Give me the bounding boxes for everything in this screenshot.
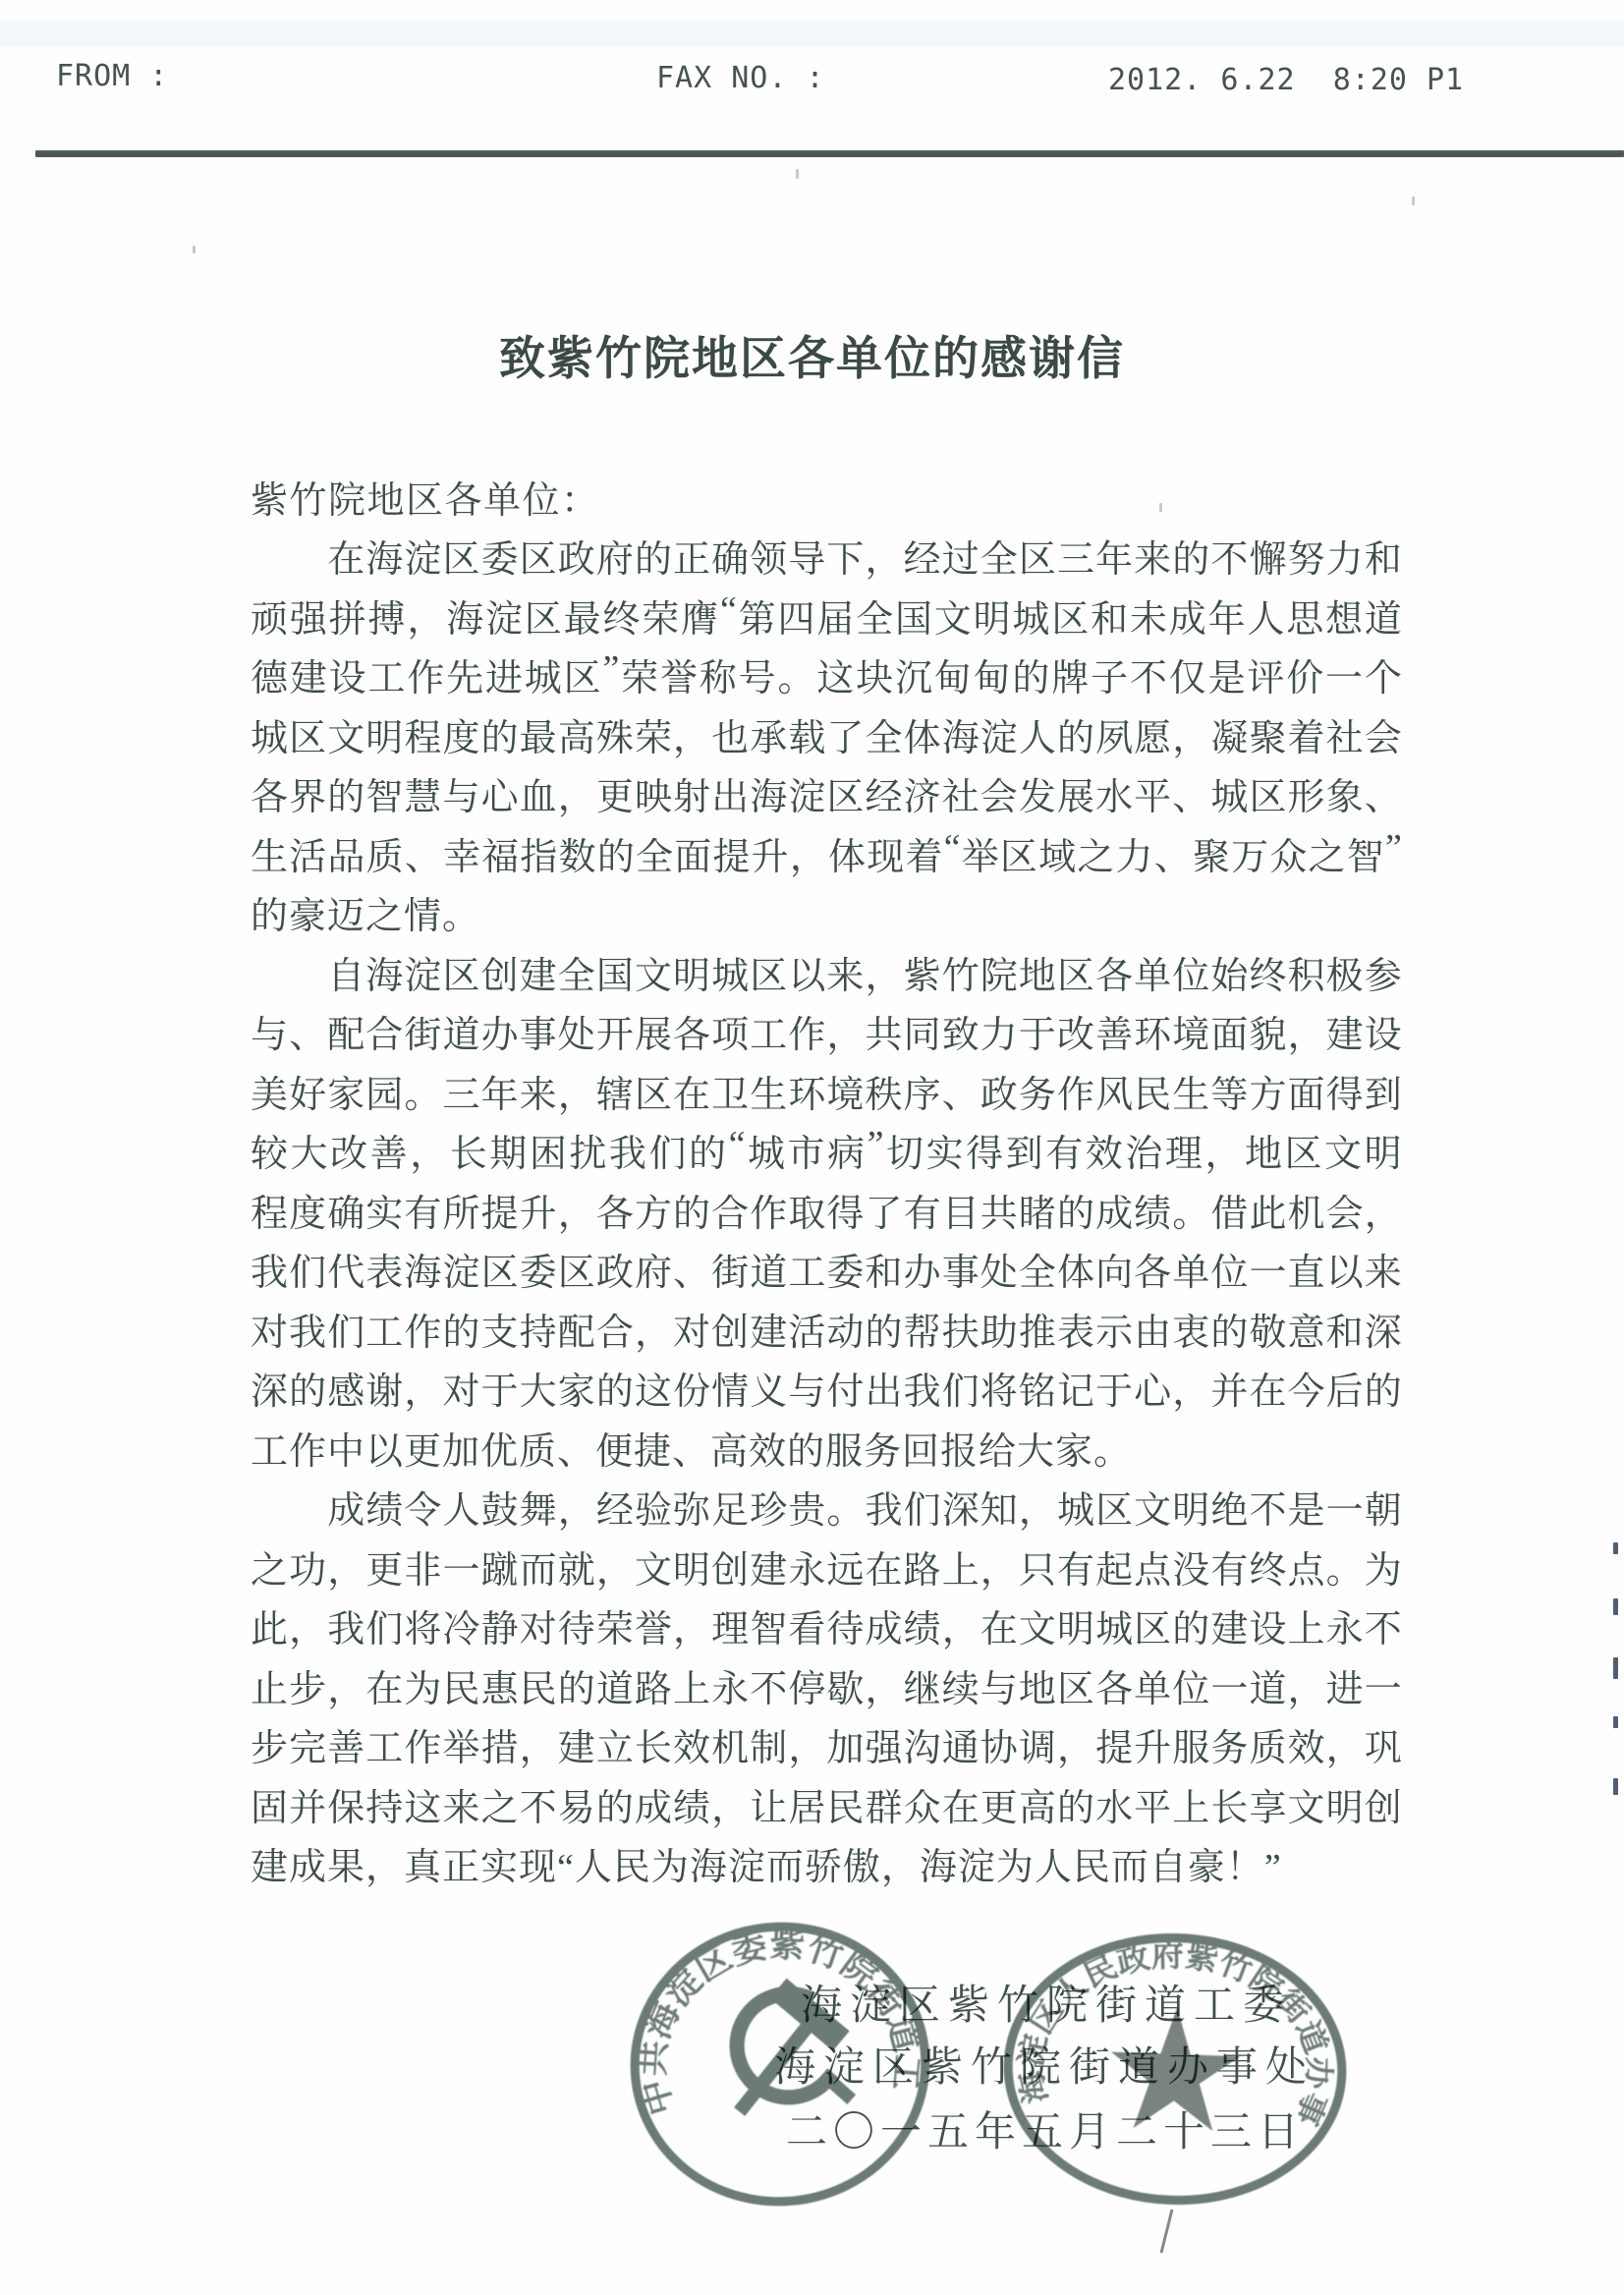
body-line: 各界的智慧与心血，更映射出海淀区经济社会发展水平、城区形象、 (251, 766, 1402, 826)
body-line: 的豪迈之情。 (251, 885, 1402, 945)
scan-speck (331, 491, 334, 502)
edge-mark (1613, 1778, 1618, 1795)
body-line: 步完善工作举措，建立长效机制，加强沟通协调，提升服务质效，巩 (251, 1717, 1402, 1777)
letter-title: 致紫竹院地区各单位的感谢信 (0, 322, 1624, 388)
fax-from-label: FROM : (56, 59, 168, 93)
body-line: 生活品质、幸福指数的全面提升，体现着“举区域之力、聚万众之智” (251, 826, 1402, 886)
body-line: 固并保持这来之不易的成绩，让居民群众在更高的水平上长享文明创 (251, 1777, 1402, 1837)
fax-timestamp: 2012. 6.22 8:20 (1108, 63, 1408, 97)
fax-document-page: FROM : FAX NO. : 2012. 6.22 8:20 P1 致紫竹院… (0, 0, 1624, 2295)
body-line: 深的感谢，对于大家的这份情义与付出我们将铭记于心，并在今后的 (251, 1361, 1402, 1421)
body-line: 之功，更非一蹴而就，文明创建永远在路上，只有起点没有终点。为 (251, 1539, 1402, 1599)
fax-number-label: FAX NO. : (656, 61, 825, 95)
body-line: 建成果，真正实现“人民为海淀而骄傲，海淀为人民而自豪！” (251, 1836, 1402, 1896)
scan-speck (193, 246, 196, 253)
body-line: 顽强拼搏，海淀区最终荣膺“第四届全国文明城区和未成年人思想道 (251, 588, 1402, 648)
edge-mark (1613, 1542, 1618, 1554)
body-line: 我们代表海淀区委区政府、街道工委和办事处全体向各单位一直以来 (251, 1242, 1402, 1302)
scan-speck (1159, 503, 1162, 512)
party-committee-stamp: 中共海淀区委紫竹院街道工委 (610, 1901, 949, 2228)
header-separator-bar (35, 150, 1624, 157)
body-line: 对我们工作的支持配合，对创建活动的帮扶助推表示由衷的敬意和深 (251, 1302, 1402, 1362)
scan-speck (1412, 196, 1415, 205)
scan-scratch-mark (1159, 2209, 1173, 2253)
edge-mark (1613, 1716, 1618, 1728)
body-line: 止步，在为民惠民的道路上永不停歇，继续与地区各单位一道，进一 (251, 1658, 1402, 1718)
body-line: 工作中以更加优质、便捷、高效的服务回报给大家。 (251, 1421, 1402, 1481)
body-line: 程度确实有所提升，各方的合作取得了有目共睹的成绩。借此机会， (251, 1183, 1402, 1243)
government-office-stamp: 海淀区人民政府紫竹院街道办事处 (991, 1920, 1359, 2219)
body-line: 城区文明程度的最高殊荣，也承载了全体海淀人的夙愿，凝聚着社会 (251, 707, 1402, 767)
body-line: 与、配合街道办事处开展各项工作，共同致力于改善环境面貌，建设 (251, 1004, 1402, 1064)
body-line: 成绩令人鼓舞，经验弥足珍贵。我们深知，城区文明绝不是一朝 (251, 1480, 1402, 1539)
body-line: 此，我们将冷静对待荣誉，理智看待成绩，在文明城区的建设上永不 (251, 1598, 1402, 1658)
edge-mark (1613, 1657, 1618, 1679)
body-line: 德建设工作先进城区”荣誉称号。这块沉甸甸的牌子不仅是评价一个 (251, 647, 1402, 707)
fax-page-indicator: P1 (1427, 63, 1464, 97)
fax-header: FROM : FAX NO. : 2012. 6.22 8:20 P1 (0, 59, 1624, 98)
body-line: 较大改善，长期困扰我们的“城市病”切实得到有效治理，地区文明 (251, 1123, 1402, 1183)
scan-speck (796, 169, 799, 179)
edge-mark (1613, 1598, 1618, 1615)
body-line: 在海淀区委区政府的正确领导下，经过全区三年来的不懈努力和 (251, 529, 1402, 588)
letter-body: 在海淀区委区政府的正确领导下，经过全区三年来的不懈努力和顽强拼搏，海淀区最终荣膺… (251, 529, 1402, 1896)
body-line: 美好家园。三年来，辖区在卫生环境秩序、政务作风民生等方面得到 (251, 1064, 1402, 1124)
hammer-and-sickle-icon (733, 1989, 847, 2106)
star-icon (1108, 2005, 1242, 2132)
letter-salutation: 紫竹院地区各单位： (251, 470, 600, 524)
scanner-light-band (0, 20, 1624, 47)
body-line: 自海淀区创建全国文明城区以来，紫竹院地区各单位始终积极参 (251, 945, 1402, 1005)
